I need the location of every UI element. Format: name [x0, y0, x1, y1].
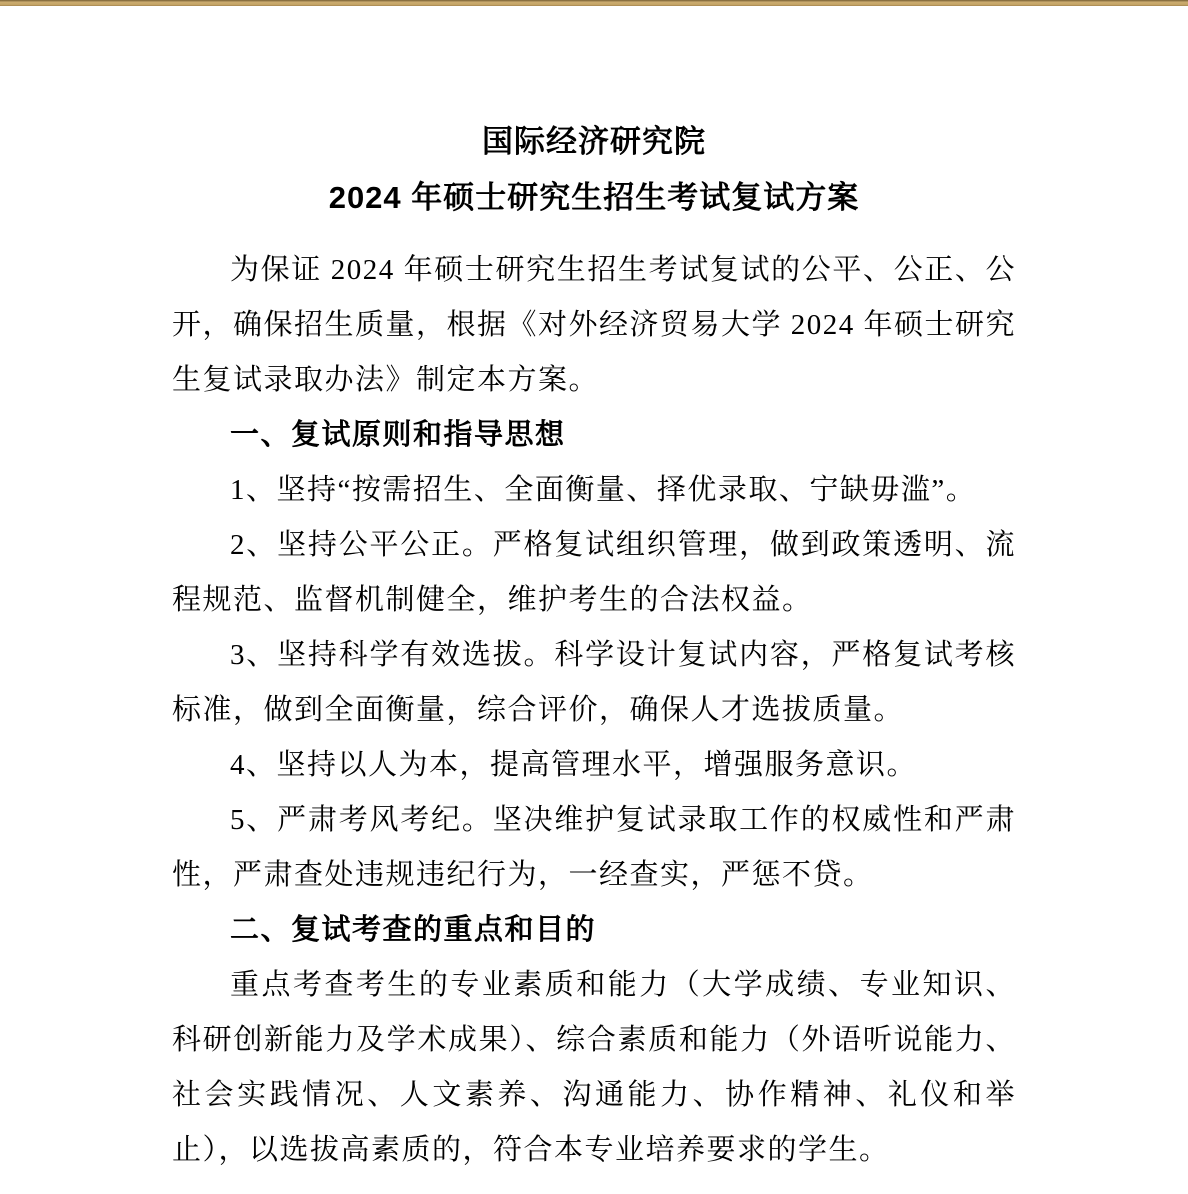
body-paragraph: 为保证 2024 年硕士研究生招生考试复试的公平、公正、公开，确保招生质量，根据…	[172, 243, 1016, 408]
section-heading: 一、复试原则和指导思想	[172, 408, 1016, 463]
document-page: 国际经济研究院 2024 年硕士研究生招生考试复试方案 为保证 2024 年硕士…	[0, 0, 1188, 1194]
body-paragraph: 1、坚持“按需招生、全面衡量、择优录取、宁缺毋滥”。	[172, 463, 1016, 518]
document-body: 为保证 2024 年硕士研究生招生考试复试的公平、公正、公开，确保招生质量，根据…	[172, 243, 1016, 1178]
section-heading: 二、复试考查的重点和目的	[172, 903, 1016, 958]
document-content: 国际经济研究院 2024 年硕士研究生招生考试复试方案 为保证 2024 年硕士…	[172, 0, 1016, 1178]
document-title: 国际经济研究院	[172, 114, 1016, 170]
body-paragraph: 4、坚持以人为本，提高管理水平，增强服务意识。	[172, 738, 1016, 793]
body-paragraph: 2、坚持公平公正。严格复试组织管理，做到政策透明、流程规范、监督机制健全，维护考…	[172, 518, 1016, 628]
body-paragraph: 5、严肃考风考纪。坚决维护复试录取工作的权威性和严肃性，严肃查处违规违纪行为，一…	[172, 793, 1016, 903]
body-paragraph: 3、坚持科学有效选拔。科学设计复试内容，严格复试考核标准，做到全面衡量，综合评价…	[172, 628, 1016, 738]
document-subtitle: 2024 年硕士研究生招生考试复试方案	[172, 170, 1016, 226]
body-paragraph: 重点考查考生的专业素质和能力（大学成绩、专业知识、科研创新能力及学术成果）、综合…	[172, 958, 1016, 1178]
